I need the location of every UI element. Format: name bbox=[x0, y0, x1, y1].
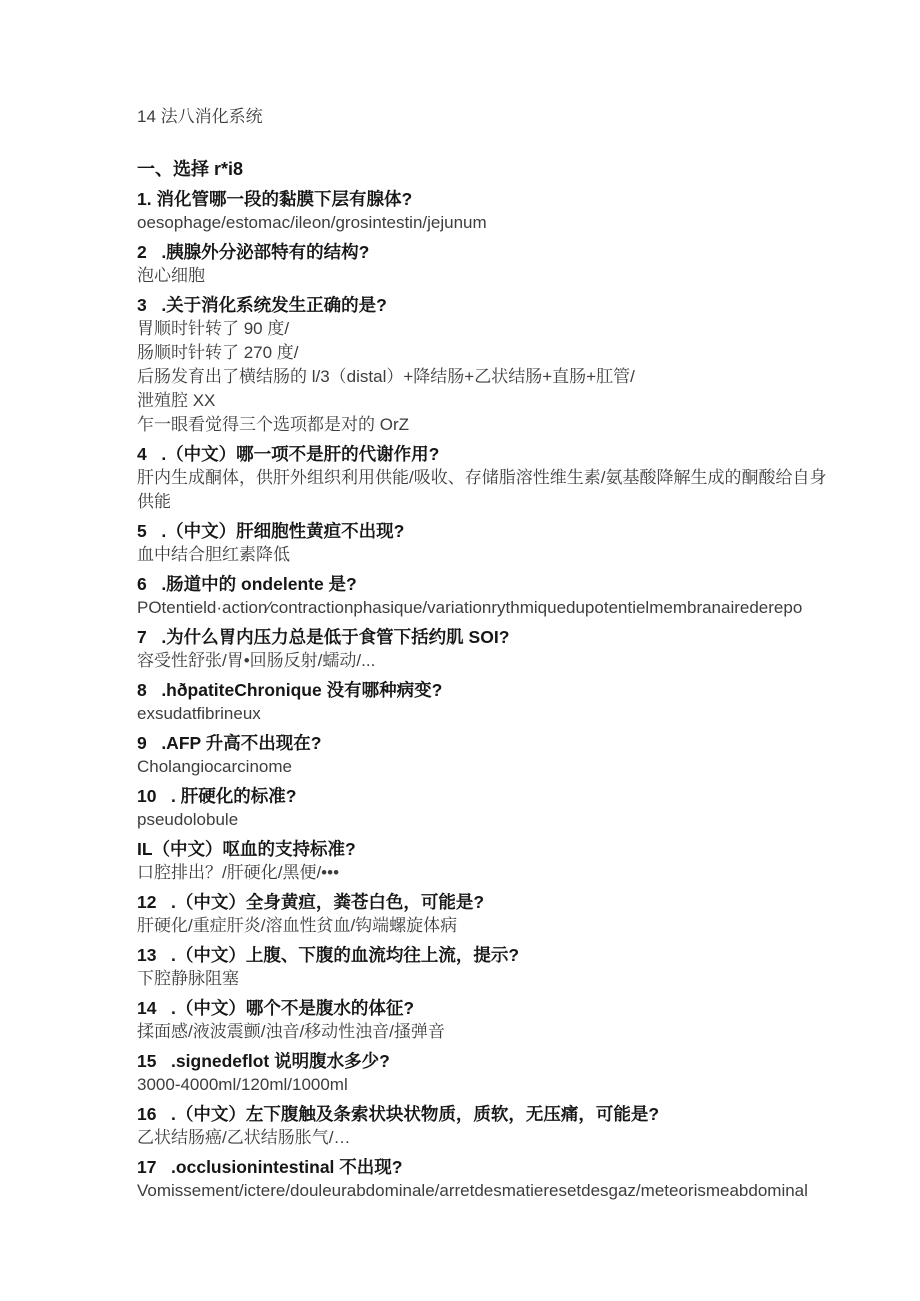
answer-line: oesophage/estomac/ileon/grosintestin/jej… bbox=[137, 212, 828, 234]
document-title: 14 法八消化系统 bbox=[137, 106, 828, 128]
answer-line: 肝硬化/重症肝炎/溶血性贫血/钩端螺旋体病 bbox=[137, 915, 828, 937]
question-text: 12 .（中文）全身黄疸，粪苍白色，可能是? bbox=[137, 891, 828, 913]
question-text: 10 . 肝硬化的标准? bbox=[137, 785, 828, 807]
question-text: 3 .关于消化系统发生正确的是? bbox=[137, 294, 828, 316]
answer-line: Cholangiocarcinome bbox=[137, 756, 828, 778]
answer-line: 口腔排出？/肝硬化/黑便/••• bbox=[137, 862, 828, 884]
answer-line: 泄殖腔 XX bbox=[137, 390, 828, 412]
answer-line: pseudolobule bbox=[137, 809, 828, 831]
answer-line: 肝内生成酮体，供肝外组织利用供能/吸收、存储脂溶性维生素/氨基酸降解生成的酮酸给… bbox=[137, 467, 828, 489]
answer-line: 3000-4000ml/120ml/1000ml bbox=[137, 1074, 828, 1096]
question-text: 9 .AFP 升高不出现在? bbox=[137, 732, 828, 754]
question-text: IL（中文）呕血的支持标准? bbox=[137, 838, 828, 860]
answer-line: 揉面感/液波震颤/浊音/移动性浊音/搔弹音 bbox=[137, 1021, 828, 1043]
question-text: 4 .（中文）哪一项不是肝的代谢作用? bbox=[137, 443, 828, 465]
question-list: 1. 消化管哪一段的黏膜下层有腺体?oesophage/estomac/ileo… bbox=[137, 188, 828, 1202]
answer-line: Vomissement/ictere/douleurabdominale/arr… bbox=[137, 1180, 828, 1202]
answer-line: 血中结合胆红素降低 bbox=[137, 544, 828, 566]
question-text: 15 .signedeflot 说明腹水多少? bbox=[137, 1050, 828, 1072]
answer-line: 后肠发育出了横结肠的 l/3（distal）+降结肠+乙状结肠+直肠+肛管/ bbox=[137, 366, 828, 388]
answer-line: POtentield·action⁄contractionphasique/va… bbox=[137, 597, 828, 619]
question-text: 16 .（中文）左下腹触及条索状块状物质，质软，无压痛，可能是? bbox=[137, 1103, 828, 1125]
answer-line: 供能 bbox=[137, 491, 828, 513]
answer-line: 乙状结肠癌/乙状结肠胀气/… bbox=[137, 1127, 828, 1149]
question-text: 14 .（中文）哪个不是腹水的体征? bbox=[137, 997, 828, 1019]
answer-line: 乍一眼看觉得三个选项都是对的 OrZ bbox=[137, 414, 828, 436]
section-heading: 一、选择 r*i8 bbox=[137, 158, 828, 181]
answer-line: 胃顺时针转了 90 度/ bbox=[137, 318, 828, 340]
question-text: 17 .occlusionintestinal 不出现? bbox=[137, 1156, 828, 1178]
question-text: 7 .为什么胃内压力总是低于食管下括约肌 SOI? bbox=[137, 626, 828, 648]
answer-line: 容受性舒张/胃•回肠反射/蠕动/... bbox=[137, 650, 828, 672]
document-page: 14 法八消化系统 一、选择 r*i8 1. 消化管哪一段的黏膜下层有腺体?oe… bbox=[0, 0, 920, 1301]
answer-line: 肠顺时针转了 270 度/ bbox=[137, 342, 828, 364]
answer-line: 泡心细胞 bbox=[137, 265, 828, 287]
answer-line: exsudatfibrineux bbox=[137, 703, 828, 725]
question-text: 6 .肠道中的 ondelente 是? bbox=[137, 573, 828, 595]
question-text: 8 .hðpatiteChronique 没有哪种病变? bbox=[137, 679, 828, 701]
question-text: 1. 消化管哪一段的黏膜下层有腺体? bbox=[137, 188, 828, 210]
question-text: 13 .（中文）上腹、下腹的血流均往上流，提示? bbox=[137, 944, 828, 966]
answer-line: 下腔静脉阻塞 bbox=[137, 968, 828, 990]
question-text: 5 .（中文）肝细胞性黄疸不出现? bbox=[137, 520, 828, 542]
question-text: 2 .胰腺外分泌部特有的结构? bbox=[137, 241, 828, 263]
